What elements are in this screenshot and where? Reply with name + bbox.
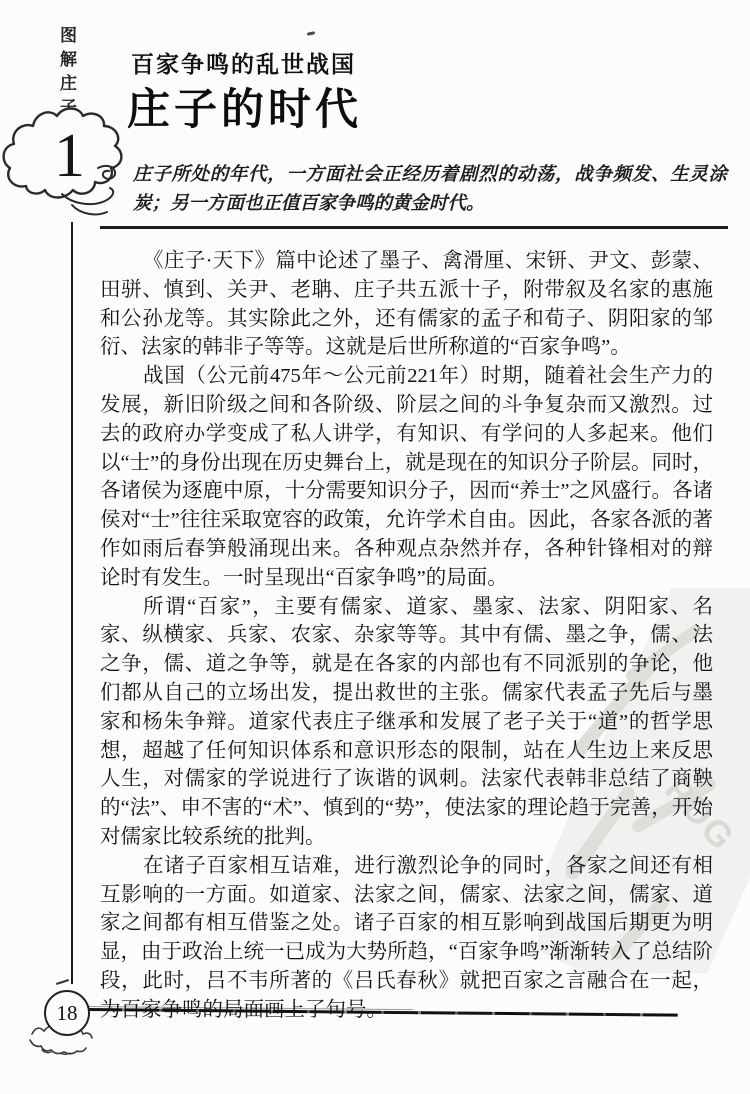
book-page: PDG 图解庄子 1 百家争鸣的乱世战国 庄子的时代 庄子所处的年代，一方面社会… <box>0 0 750 1094</box>
paragraph-4: 在诸子百家相互诘难，进行激烈论争的同时，各家之间还有相互影响的一方面。如道家、法… <box>100 852 713 1025</box>
sidebar-vertical-rule <box>71 222 73 984</box>
page-title: 庄子的时代 <box>127 76 362 137</box>
paragraph-3: 所谓“百家”，主要有儒家、道家、墨家、法家、阴阳家、名家、纵横家、兵家、农家、杂… <box>100 593 713 852</box>
chapter-cloud-graphic: 1 <box>2 104 138 222</box>
body-text: 《庄子·天下》篇中论述了墨子、禽滑厘、宋钘、尹文、彭蒙、田骈、慎到、关尹、老聃、… <box>100 247 713 1025</box>
scan-ink-speck <box>307 31 315 36</box>
paragraph-2: 战国（公元前475年～公元前221年）时期，随着社会生产力的发展，新旧阶级之间和… <box>100 362 713 592</box>
chapter-intro: 庄子所处的年代，一方面社会正经历着剧烈的动荡，战争频发、生灵涂炭；另一方面也正值… <box>133 161 727 219</box>
page-number-dash <box>56 979 69 985</box>
header-divider-rule <box>100 226 728 229</box>
cloud-swirl-2 <box>72 205 107 214</box>
chapter-number: 1 <box>54 122 85 190</box>
page-number-badge: 18 <box>44 990 90 1036</box>
page-number: 18 <box>57 1001 78 1026</box>
chapter-kicker: 百家争鸣的乱世战国 <box>131 46 356 79</box>
paragraph-1: 《庄子·天下》篇中论述了墨子、禽滑厘、宋钘、尹文、彭蒙、田骈、慎到、关尹、老聃、… <box>100 247 713 362</box>
